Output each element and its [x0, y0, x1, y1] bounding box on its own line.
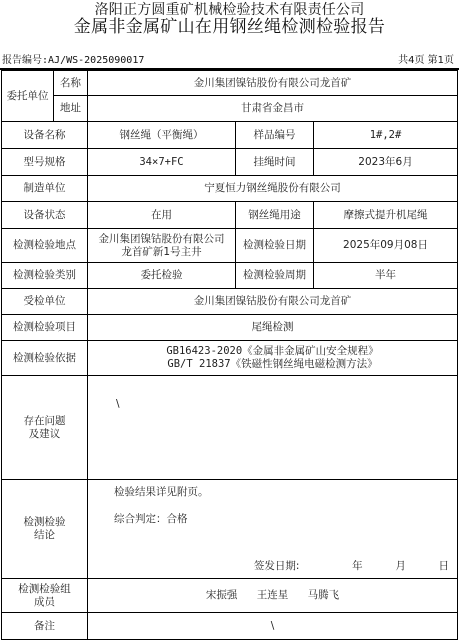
basis: GB16423-2020《金属非金属矿山安全规程》 GB/T 21837《铁磁性… [88, 341, 458, 376]
member-name: 王连星 [257, 589, 289, 601]
conclusion-label: 检测检验 结论 [2, 480, 88, 579]
sign-date: 签发日期: 年 月 日 [254, 560, 449, 573]
members-label-line1: 检测检验组 [2, 583, 87, 596]
report-number: 报告编号:AJ/WS-2025090017 [2, 55, 144, 67]
report-number-value: AJ/WS-2025090017 [48, 55, 144, 66]
cycle: 半年 [314, 263, 458, 289]
basis-line1: GB16423-2020《金属非金属矿山安全规程》 [88, 345, 457, 358]
location: 金川集团镍钴股份有限公司 龙首矿新1号主井 [88, 229, 236, 263]
client-address: 甘肃省金昌市 [88, 96, 458, 122]
location-label: 检测检验地点 [2, 229, 88, 263]
sign-date-label: 签发日期: [254, 560, 300, 573]
member-name: 马腾飞 [308, 589, 340, 601]
item: 尾绳检测 [88, 315, 458, 341]
conclusion: 检验结果详见附页。 综合判定：合格 签发日期: 年 月 日 [88, 480, 458, 579]
client-label: 委托单位 [2, 71, 54, 122]
sample-no-label: 样品编号 [236, 122, 314, 149]
category: 委托检验 [88, 263, 236, 289]
report-number-label: 报告编号: [2, 55, 48, 66]
remarks: \ [88, 613, 458, 640]
date-label: 检测检验日期 [236, 229, 314, 263]
model-label: 型号规格 [2, 149, 88, 176]
hang-time: 2023年6月 [314, 149, 458, 176]
members-label-line2: 成员 [2, 596, 87, 609]
issues-label-line1: 存在问题 [2, 415, 87, 428]
members-label: 检测检验组 成员 [2, 579, 88, 613]
members: 宋振强 王连星 马腾飞 [88, 579, 458, 613]
usage: 摩擦式提升机尾绳 [314, 202, 458, 229]
sample-no: 1#,2# [314, 122, 458, 149]
client-name-label: 名称 [54, 71, 88, 96]
date: 2025年09月08日 [314, 229, 458, 263]
remarks-label: 备注 [2, 613, 88, 640]
basis-line2: GB/T 21837《铁磁性钢丝绳电磁检测方法》 [88, 358, 457, 371]
item-label: 检测检验项目 [2, 315, 88, 341]
sign-month: 月 [395, 560, 406, 573]
basis-label: 检测检验依据 [2, 341, 88, 376]
model: 34×7+FC [88, 149, 236, 176]
inspected-unit-label: 受检单位 [2, 289, 88, 315]
conclusion-line2: 综合判定：合格 [114, 513, 457, 526]
equipment-name: 钢丝绳（平衡绳） [88, 122, 236, 149]
conclusion-label-line2: 结论 [2, 529, 87, 542]
category-label: 检测检验类别 [2, 263, 88, 289]
location-line1: 金川集团镍钴股份有限公司 [88, 233, 235, 246]
manufacturer-label: 制造单位 [2, 176, 88, 202]
status-label: 设备状态 [2, 202, 88, 229]
issues-label-line2: 及建议 [2, 428, 87, 441]
sign-day: 日 [439, 560, 450, 573]
manufacturer: 宁夏恒力钢丝绳股份有限公司 [88, 176, 458, 202]
status: 在用 [88, 202, 236, 229]
conclusion-line1: 检验结果详见附页。 [114, 486, 457, 499]
client-address-label: 地址 [54, 96, 88, 122]
member-name: 宋振强 [206, 589, 238, 601]
conclusion-label-line1: 检测检验 [2, 516, 87, 529]
report-title: 金属非金属矿山在用钢丝绳检测检验报告 [0, 17, 459, 37]
client-name: 金川集团镍钴股份有限公司龙首矿 [88, 71, 458, 96]
location-line2: 龙首矿新1号主井 [88, 246, 235, 259]
report-table: 委托单位 名称 金川集团镍钴股份有限公司龙首矿 地址 甘肃省金昌市 设备名称 钢… [1, 70, 458, 640]
issues-label: 存在问题 及建议 [2, 376, 88, 480]
issues: \ [88, 376, 458, 480]
usage-label: 钢丝绳用途 [236, 202, 314, 229]
hang-time-label: 挂绳时间 [236, 149, 314, 176]
inspected-unit: 金川集团镍钴股份有限公司龙首矿 [88, 289, 458, 315]
page-info: 共4页 第1页 [398, 55, 454, 67]
sign-year: 年 [352, 560, 363, 573]
equipment-name-label: 设备名称 [2, 122, 88, 149]
cycle-label: 检测检验周期 [236, 263, 314, 289]
